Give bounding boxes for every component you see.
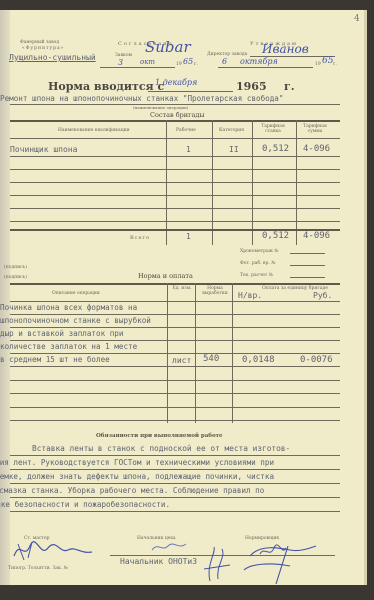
norm-intro-label: Норма вводится с (48, 80, 164, 93)
row-rule (10, 380, 340, 381)
margin-fragment: (подпись) (4, 265, 27, 270)
category-cell: II (229, 145, 239, 154)
operation-name: Ремонт шпона на шпонопочиночных станках … (0, 94, 283, 103)
department: Лущильно-сушильный (9, 53, 96, 62)
qualification-cell: Починщик шпона (10, 145, 77, 154)
approved-signature: Иванов (262, 42, 309, 56)
col-category: Категория (219, 128, 244, 133)
col-rate: Тарифная ставка (258, 124, 288, 134)
total-workers: 1 (186, 232, 191, 241)
ref-chrono-line (290, 253, 325, 254)
total-label: Всего (130, 235, 150, 241)
norm-intro-date: 1 декабря (155, 78, 197, 87)
shop-head-signature (150, 540, 190, 554)
duties-rule (10, 483, 340, 484)
total-sum: 4-096 (303, 231, 330, 241)
col-sum: Тарифная сумма (300, 124, 330, 134)
col-qualification: Наименование квалификации (58, 128, 130, 133)
ref-photo-line (290, 265, 325, 266)
normrate-label: Начальник ОНОТиЗ (120, 557, 197, 566)
total-rate: 0,512 (262, 231, 289, 241)
description-line: количестве заплаток на 1 месте (0, 342, 137, 351)
row-rule (10, 340, 340, 341)
duties-title: Обязанности при выполняемой работе (96, 433, 223, 439)
brigade-title: Состав бригады (150, 111, 205, 119)
row-rule (10, 221, 340, 222)
description-line: шпонопочиночном станке с вырубкой (0, 316, 151, 325)
duties-line: ления лент. Руководствуется ГОСТом и тех… (0, 458, 274, 467)
row-rule (10, 353, 340, 354)
row-rule (10, 169, 340, 170)
norm-date-line (148, 91, 233, 92)
rate-cell: 0,512 (262, 144, 289, 154)
unit-cell: лист (172, 356, 191, 365)
approved-year-prefix: 19 (315, 62, 321, 67)
norm-signature (230, 540, 320, 585)
duties-rule (10, 497, 340, 498)
operation-caption: (наименование операции) (133, 105, 188, 110)
ref-chrono: Хронометраж № (240, 249, 279, 254)
col-hvr: Н/вр. (238, 291, 262, 300)
printer-note: Типогр. Тольятти. Зак. № (8, 566, 68, 571)
agreed-year: 65 (183, 57, 193, 66)
approved-date-line (218, 67, 313, 68)
org-name: «Фурнитура» (22, 46, 64, 51)
description-line: в среднем 15 шт не более (0, 355, 110, 364)
approved-year-unit: г. (333, 62, 337, 67)
row-rule (10, 327, 340, 328)
col-norm: Норма выработки (199, 286, 231, 296)
brigade-header-rule (10, 138, 340, 139)
payment-header-rule (10, 301, 340, 302)
col-workers: Рабочие (176, 128, 196, 133)
approved-year: 65 (322, 56, 333, 66)
ref-tech: Тех. расчет № (240, 273, 273, 278)
row-rule (10, 314, 340, 315)
col-description: Описание операции (52, 291, 100, 296)
row-rule (10, 366, 340, 367)
norm-year-unit: г. (284, 80, 295, 93)
description-line: дыр и вставкой заплаток при (0, 329, 123, 338)
ref-photo: Фот. раб. вр. № (240, 261, 275, 266)
row-rule (10, 393, 340, 394)
row-rule (10, 208, 340, 209)
agreed-day: 3 (118, 58, 123, 67)
brigade-top-rule (10, 120, 340, 122)
norm-output-cell: 540 (203, 354, 219, 364)
duties-line: технике безопасности и пожаробезопасност… (0, 500, 170, 509)
duties-line: и смазка станка. Уборка рабочего места. … (0, 486, 264, 495)
row-rule (10, 195, 340, 196)
sum-cell: 4-096 (303, 144, 330, 154)
approved-month: октября (240, 57, 278, 66)
duties-rule (10, 455, 340, 456)
norm-year: 1965 (236, 80, 267, 93)
row-rule (10, 182, 340, 183)
agreed-month: окт (140, 58, 155, 66)
rub-cell: 0-0076 (300, 355, 333, 365)
row-rule (10, 407, 340, 408)
col-rub: Руб. (313, 291, 332, 300)
ref-tech-line (290, 277, 325, 278)
payment-title: Норма и оплата (138, 272, 193, 280)
org-small: Фанерный завод (20, 40, 59, 45)
approved-day: 6 (222, 57, 227, 66)
agreed-signature: Subar (145, 38, 191, 56)
payment-top-rule (10, 283, 340, 285)
duties-line: приемке, должен знать дефекты шпона, под… (0, 472, 274, 481)
workers-cell: 1 (186, 145, 191, 154)
agreed-year-unit: г. (194, 62, 198, 67)
agreed-year-prefix: 19 (176, 62, 182, 67)
hvr-cell: 0,0148 (242, 355, 275, 365)
description-line: Починка шпона всех форматов на (0, 303, 137, 312)
agreed-date-line (100, 67, 175, 68)
col-unit: Ед. изм. (172, 286, 192, 291)
margin-fragment: (подпись) (4, 275, 27, 280)
total-rule (10, 229, 340, 231)
master-signature (10, 538, 100, 563)
row-rule (10, 420, 340, 421)
row-rule (10, 156, 340, 157)
duties-rule (10, 511, 340, 512)
page-number: 4 (354, 14, 360, 24)
duties-line: Вставка ленты в станок с подноской ее от… (32, 444, 290, 453)
duties-rule (10, 469, 340, 470)
